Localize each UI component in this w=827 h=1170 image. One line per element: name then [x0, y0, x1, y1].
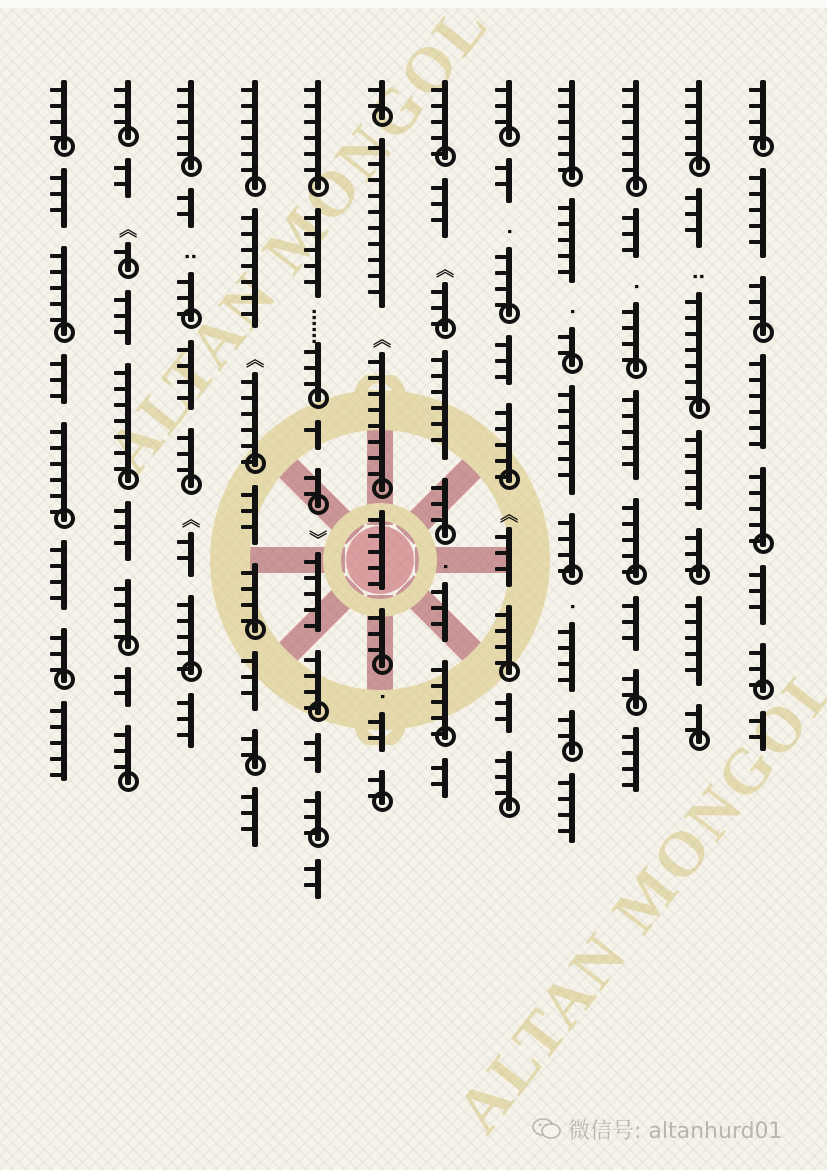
glyph-tick [622, 414, 636, 418]
glyph-tick [304, 608, 318, 612]
word-stroke [125, 667, 131, 707]
glyph-tick [241, 571, 255, 575]
glyph-tick [114, 691, 128, 695]
word-stroke [252, 80, 258, 190]
glyph-tick [304, 560, 318, 564]
glyph-tick [114, 298, 128, 302]
glyph-tick [50, 636, 64, 640]
glyph-tick [622, 783, 636, 787]
glyph-tick [241, 216, 255, 220]
glyph-tick [114, 509, 128, 513]
glyph-tick [368, 566, 382, 570]
glyph-tick [431, 88, 445, 92]
glyph-loop [181, 661, 202, 682]
glyph-tick [558, 521, 572, 525]
glyph-tick [558, 829, 572, 833]
punctuation-mark: 《 [369, 330, 395, 348]
glyph-tick [50, 757, 64, 761]
glyph-loop [499, 661, 520, 682]
glyph-tick [495, 717, 509, 721]
glyph-tick [495, 567, 509, 571]
glyph-tick [558, 409, 572, 413]
glyph-tick [50, 120, 64, 124]
glyph-tick [368, 616, 382, 620]
glyph-tick [177, 556, 191, 560]
glyph-tick [749, 719, 763, 723]
glyph-tick [114, 403, 128, 407]
glyph-tick [50, 564, 64, 568]
glyph-tick [622, 310, 636, 314]
glyph-tick [304, 741, 318, 745]
glyph-tick [685, 536, 699, 540]
glyph-tick [558, 813, 572, 817]
glyph-loop [118, 469, 139, 490]
glyph-tick [749, 378, 763, 382]
glyph-tick [177, 452, 191, 456]
glyph-loop [562, 741, 583, 762]
glyph-tick [622, 554, 636, 558]
glyph-tick [114, 603, 128, 607]
glyph-tick [495, 459, 509, 463]
glyph-tick [558, 718, 572, 722]
text-column: 《 [106, 70, 150, 1110]
glyph-tick [50, 725, 64, 729]
glyph-tick [368, 550, 382, 554]
glyph-loop [435, 146, 456, 167]
glyph-tick [431, 716, 445, 720]
glyph-loop [626, 695, 647, 716]
glyph-tick [177, 603, 191, 607]
text-column: : [677, 70, 721, 1110]
glyph-tick [431, 486, 445, 490]
glyph-tick [114, 541, 128, 545]
glyph-tick [495, 166, 509, 170]
glyph-tick [685, 364, 699, 368]
glyph-tick [622, 522, 636, 526]
glyph-tick [495, 104, 509, 108]
glyph-tick [749, 240, 763, 244]
glyph-tick [495, 629, 509, 633]
glyph-tick [431, 422, 445, 426]
glyph-tick [50, 478, 64, 482]
glyph-tick [685, 196, 699, 200]
glyph-loop [435, 318, 456, 339]
punctuation-mark: …… [308, 309, 329, 345]
glyph-tick [622, 446, 636, 450]
word-stroke [315, 859, 321, 899]
glyph-tick [622, 677, 636, 681]
glyph-tick [558, 797, 572, 801]
glyph-tick [50, 192, 64, 196]
glyph-tick [304, 382, 318, 386]
glyph-tick [431, 700, 445, 704]
glyph-loop [435, 726, 456, 747]
glyph-tick [241, 232, 255, 236]
punctuation-mark: 《 [178, 510, 204, 528]
glyph-tick [50, 378, 64, 382]
glyph-tick [50, 580, 64, 584]
glyph-tick [685, 454, 699, 458]
glyph-tick [749, 735, 763, 739]
glyph-tick [558, 537, 572, 541]
glyph-tick [368, 648, 382, 652]
glyph-loop [562, 564, 583, 585]
glyph-tick [431, 136, 445, 140]
glyph-tick [50, 104, 64, 108]
glyph-tick [749, 192, 763, 196]
glyph-tick [241, 152, 255, 156]
glyph-tick [177, 733, 191, 737]
glyph-tick [622, 104, 636, 108]
glyph-tick [622, 216, 636, 220]
glyph-loop [245, 176, 266, 197]
text-column: 《 [233, 70, 277, 1110]
glyph-tick [622, 326, 636, 330]
glyph-tick [558, 553, 572, 557]
glyph-tick [114, 733, 128, 737]
word-stroke [379, 712, 385, 752]
glyph-loop [54, 322, 75, 343]
glyph-tick [304, 799, 318, 803]
punctuation-mark: 《 [496, 505, 522, 523]
glyph-tick [50, 494, 64, 498]
glyph-tick [114, 525, 128, 529]
glyph-tick [431, 358, 445, 362]
glyph-tick [749, 491, 763, 495]
glyph-tick [558, 781, 572, 785]
glyph-tick [495, 411, 509, 415]
glyph-tick [50, 208, 64, 212]
glyph-tick [50, 446, 64, 450]
glyph-tick [304, 280, 318, 284]
glyph-tick [304, 883, 318, 887]
glyph-tick [431, 766, 445, 770]
glyph-tick [622, 248, 636, 252]
glyph-tick [114, 419, 128, 423]
glyph-tick [749, 573, 763, 577]
glyph-tick [368, 258, 382, 262]
glyph-tick [50, 709, 64, 713]
glyph-tick [685, 120, 699, 124]
glyph-tick [50, 254, 64, 258]
glyph-tick [495, 343, 509, 347]
glyph-tick [114, 314, 128, 318]
glyph-loop [689, 564, 710, 585]
glyph-tick [558, 473, 572, 477]
word-stroke [442, 758, 448, 798]
glyph-loop [689, 156, 710, 177]
glyph-loop [626, 358, 647, 379]
glyph-loop [753, 322, 774, 343]
glyph-tick [495, 427, 509, 431]
wechat-icon [532, 1117, 562, 1141]
glyph-loop [54, 669, 75, 690]
glyph-tick [749, 523, 763, 527]
glyph-tick [177, 136, 191, 140]
glyph-tick [622, 398, 636, 402]
glyph-tick [114, 166, 128, 170]
glyph-tick [304, 658, 318, 662]
glyph-tick [685, 300, 699, 304]
word-stroke [569, 80, 575, 180]
glyph-tick [368, 424, 382, 428]
glyph-tick [50, 548, 64, 552]
text-column [741, 70, 785, 1110]
text-column: 《· [360, 70, 404, 1110]
word-stroke [696, 292, 702, 412]
glyph-tick [685, 380, 699, 384]
glyph-tick [241, 120, 255, 124]
glyph-tick [368, 392, 382, 396]
punctuation-mark: 《 [115, 220, 141, 238]
glyph-loop [499, 469, 520, 490]
glyph-tick [304, 248, 318, 252]
glyph-tick [177, 717, 191, 721]
glyph-tick [304, 690, 318, 694]
glyph-loop [181, 474, 202, 495]
glyph-loop [753, 533, 774, 554]
glyph-tick [114, 371, 128, 375]
glyph-tick [241, 136, 255, 140]
glyph-loop [626, 564, 647, 585]
glyph-tick [241, 525, 255, 529]
glyph-tick [558, 393, 572, 397]
glyph-tick [304, 757, 318, 761]
punctuation-mark: · [498, 228, 519, 235]
glyph-tick [241, 412, 255, 416]
glyph-tick [431, 290, 445, 294]
glyph-tick [50, 741, 64, 745]
glyph-tick [304, 152, 318, 156]
glyph-tick [368, 632, 382, 636]
glyph-loop [245, 619, 266, 640]
glyph-tick [431, 406, 445, 410]
word-stroke [633, 80, 639, 190]
glyph-tick [685, 88, 699, 92]
glyph-tick [431, 390, 445, 394]
glyph-tick [749, 589, 763, 593]
punctuation-mark: 》 [305, 530, 331, 548]
punctuation-mark: · [562, 603, 583, 610]
word-stroke [315, 420, 321, 450]
glyph-tick [685, 652, 699, 656]
glyph-tick [368, 146, 382, 150]
glyph-tick [368, 456, 382, 460]
glyph-tick [749, 284, 763, 288]
glyph-tick [495, 551, 509, 555]
glyph-tick [749, 394, 763, 398]
glyph-tick [177, 364, 191, 368]
glyph-tick [114, 765, 128, 769]
glyph-tick [241, 264, 255, 268]
glyph-tick [685, 332, 699, 336]
glyph-tick [495, 120, 509, 124]
glyph-tick [495, 791, 509, 795]
glyph-tick [685, 316, 699, 320]
glyph-tick [558, 136, 572, 140]
glyph-tick [304, 428, 318, 432]
glyph-tick [749, 362, 763, 366]
glyph-tick [241, 168, 255, 172]
glyph-tick [368, 194, 382, 198]
glyph-tick [685, 712, 699, 716]
word-stroke [760, 354, 766, 449]
glyph-tick [304, 264, 318, 268]
glyph-tick [177, 540, 191, 544]
glyph-tick [749, 224, 763, 228]
glyph-tick [495, 287, 509, 291]
glyph-tick [304, 815, 318, 819]
glyph-tick [685, 136, 699, 140]
word-stroke [252, 208, 258, 328]
glyph-tick [431, 518, 445, 522]
glyph-tick [177, 619, 191, 623]
glyph-tick [431, 374, 445, 378]
word-stroke [696, 596, 702, 686]
glyph-tick [177, 701, 191, 705]
glyph-loop [372, 106, 393, 127]
glyph-tick [50, 362, 64, 366]
glyph-loop [626, 176, 647, 197]
text-column: ·· [550, 70, 594, 1110]
glyph-tick [558, 104, 572, 108]
glyph-tick [622, 735, 636, 739]
glyph-tick [431, 438, 445, 442]
glyph-tick [558, 238, 572, 242]
glyph-tick [368, 582, 382, 586]
glyph-tick [368, 534, 382, 538]
glyph-tick [241, 811, 255, 815]
punctuation-mark: 《 [432, 260, 458, 278]
glyph-tick [241, 380, 255, 384]
glyph-tick [177, 196, 191, 200]
glyph-tick [685, 636, 699, 640]
glyph-tick [749, 410, 763, 414]
glyph-tick [622, 767, 636, 771]
glyph-tick [241, 509, 255, 513]
glyph-loop [308, 176, 329, 197]
glyph-tick [114, 88, 128, 92]
glyph-tick [177, 88, 191, 92]
glyph-tick [431, 502, 445, 506]
word-stroke [188, 188, 194, 228]
glyph-loop [499, 126, 520, 147]
glyph-tick [558, 425, 572, 429]
glyph-tick [622, 604, 636, 608]
glyph-tick [114, 587, 128, 591]
word-stroke [315, 208, 321, 298]
word-stroke [506, 693, 512, 733]
glyph-tick [368, 736, 382, 740]
glyph-tick [50, 462, 64, 466]
glyph-tick [749, 300, 763, 304]
glyph-tick [495, 255, 509, 259]
glyph-tick [622, 620, 636, 624]
glyph-tick [177, 104, 191, 108]
glyph-tick [622, 152, 636, 156]
glyph-tick [368, 226, 382, 230]
glyph-loop [562, 166, 583, 187]
word-stroke [315, 80, 321, 190]
glyph-tick [622, 136, 636, 140]
glyph-tick [50, 88, 64, 92]
glyph-tick [558, 335, 572, 339]
glyph-tick [177, 380, 191, 384]
glyph-tick [114, 435, 128, 439]
glyph-loop [118, 635, 139, 656]
word-stroke [760, 711, 766, 751]
glyph-tick [50, 270, 64, 274]
glyph-loop [245, 453, 266, 474]
glyph-tick [241, 587, 255, 591]
glyph-tick [177, 348, 191, 352]
glyph-tick [304, 120, 318, 124]
glyph-tick [368, 178, 382, 182]
glyph-tick [495, 359, 509, 363]
glyph-tick [749, 475, 763, 479]
word-stroke [315, 733, 321, 773]
glyph-tick [749, 104, 763, 108]
glyph-tick [685, 348, 699, 352]
word-stroke [125, 158, 131, 198]
glyph-tick [431, 668, 445, 672]
word-stroke [760, 168, 766, 258]
glyph-tick [622, 342, 636, 346]
glyph-loop [308, 494, 329, 515]
wechat-id-label: 微信号: altanhurd01 [568, 1114, 783, 1145]
glyph-tick [495, 759, 509, 763]
punctuation-mark: · [562, 308, 583, 315]
glyph-tick [685, 470, 699, 474]
glyph-tick [622, 88, 636, 92]
glyph-tick [241, 396, 255, 400]
word-stroke [188, 532, 194, 577]
glyph-tick [558, 646, 572, 650]
glyph-tick [558, 206, 572, 210]
glyph-tick [114, 120, 128, 124]
glyph-tick [685, 502, 699, 506]
glyph-tick [685, 438, 699, 442]
wechat-footer: 微信号: altanhurd01 [532, 1112, 783, 1146]
glyph-tick [558, 88, 572, 92]
glyph-loop [499, 797, 520, 818]
glyph-tick [241, 248, 255, 252]
glyph-loop [372, 654, 393, 675]
glyph-tick [685, 212, 699, 216]
text-column [42, 70, 86, 1110]
glyph-tick [177, 212, 191, 216]
glyph-tick [304, 576, 318, 580]
glyph-tick [50, 176, 64, 180]
glyph-tick [114, 749, 128, 753]
glyph-tick [114, 104, 128, 108]
glyph-loop [118, 258, 139, 279]
text-column: :《 [169, 70, 213, 1110]
glyph-tick [304, 867, 318, 871]
glyph-tick [622, 751, 636, 755]
glyph-tick [685, 668, 699, 672]
glyph-tick [749, 507, 763, 511]
glyph-tick [749, 316, 763, 320]
glyph-tick [622, 120, 636, 124]
glyph-tick [368, 408, 382, 412]
glyph-tick [622, 430, 636, 434]
word-stroke [379, 352, 385, 492]
glyph-tick [50, 394, 64, 398]
glyph-tick [558, 630, 572, 634]
word-stroke [569, 385, 575, 495]
glyph-loop [54, 508, 75, 529]
